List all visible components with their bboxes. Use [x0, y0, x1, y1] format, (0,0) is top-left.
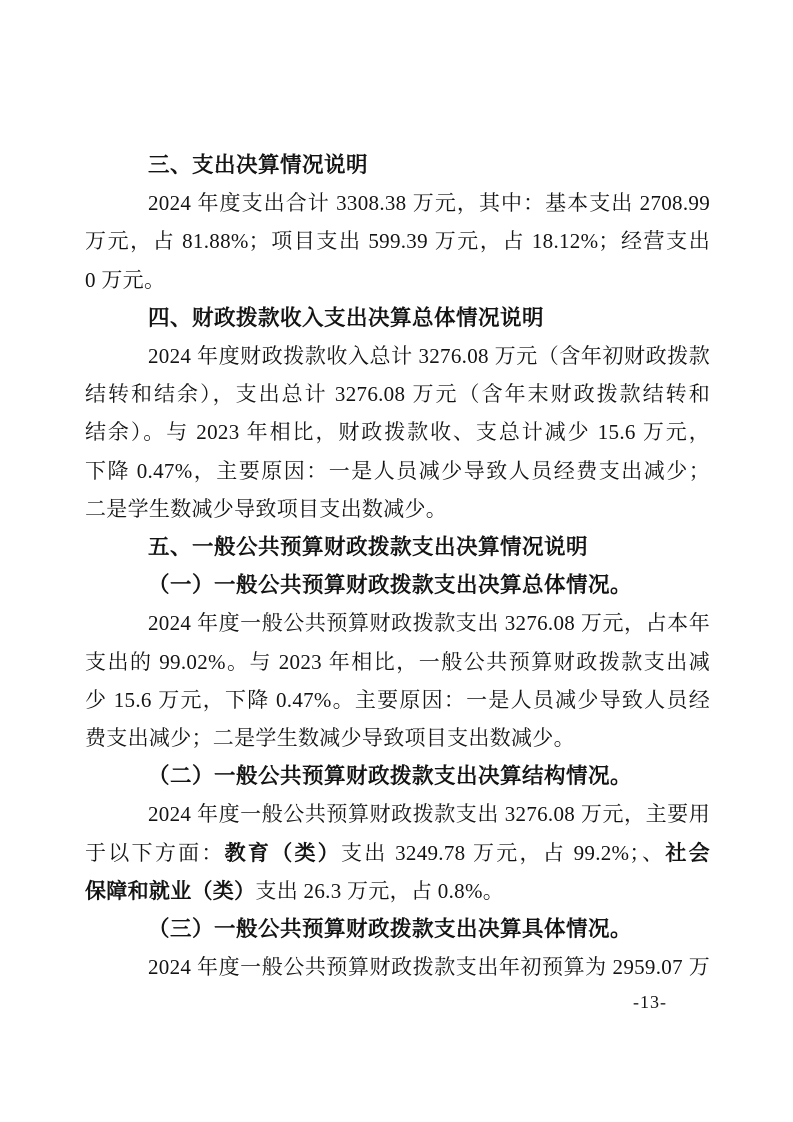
paragraph: 2024 年度财政拨款收入总计 3276.08 万元（含年初财政拨款结转和结余）… [85, 337, 710, 528]
subsection-heading: （三）一般公共预算财政拨款支出决算具体情况。 [85, 910, 710, 948]
text-run: 2024 年度一般公共预算财政拨款支出 3276.08 万元，主要用 [148, 802, 710, 826]
paragraph: 2024 年度一般公共预算财政拨款支出 3276.08 万元，占本年支出的 99… [85, 604, 710, 757]
text-run: 2024 年度支出合计 3308.38 万元，其中：基本支出 2708.99 [148, 191, 710, 215]
document-line: 2024 年度一般公共预算财政拨款支出 3276.08 万元，占本年 [85, 604, 710, 642]
text-run: 下降 0.47%，主要原因：一是人员减少导致人员经费支出减少； [85, 459, 710, 483]
paragraph: 2024 年度支出合计 3308.38 万元，其中：基本支出 2708.99万元… [85, 184, 710, 299]
paragraph: 2024 年度一般公共预算财政拨款支出年初预算为 2959.07 万 [85, 948, 710, 986]
text-run: 结转和结余），支出总计 3276.08 万元（含年末财政拨款结转和 [85, 382, 710, 406]
document-line: 2024 年度一般公共预算财政拨款支出 3276.08 万元，主要用 [85, 795, 710, 833]
document-line: 2024 年度支出合计 3308.38 万元，其中：基本支出 2708.99 [85, 184, 710, 222]
document-line: 少 15.6 万元，下降 0.47%。主要原因：一是人员减少导致人员经 [85, 681, 710, 719]
text-run: 2024 年度财政拨款收入总计 3276.08 万元（含年初财政拨款 [148, 344, 710, 368]
text-run: 2024 年度一般公共预算财政拨款支出 3276.08 万元，占本年 [148, 611, 710, 635]
section-heading: 四、财政拨款收入支出决算总体情况说明 [85, 299, 710, 337]
document-line: 于以下方面：教育（类）支出 3249.78 万元，占 99.2%；、社会 [85, 834, 710, 872]
document-line: 万元，占 81.88%；项目支出 599.39 万元，占 18.12%；经营支出 [85, 222, 710, 260]
document-line: 结余）。与 2023 年相比，财政拨款收、支总计减少 15.6 万元， [85, 413, 710, 451]
document-line: 下降 0.47%，主要原因：一是人员减少导致人员经费支出减少； [85, 452, 710, 490]
text-run: 支出 3249.78 万元，占 99.2%；、 [341, 841, 665, 865]
text-run: 结余）。与 2023 年相比，财政拨款收、支总计减少 15.6 万元， [85, 420, 710, 444]
emphasis-text: 保障和就业（类） [85, 879, 255, 903]
section-heading: 五、一般公共预算财政拨款支出决算情况说明 [85, 528, 710, 566]
document-line: 0 万元。 [85, 261, 710, 299]
section-heading: 三、支出决算情况说明 [85, 146, 710, 184]
text-run: 万元，占 81.88%；项目支出 599.39 万元，占 18.12%；经营支出 [85, 229, 710, 253]
subsection-heading: （一）一般公共预算财政拨款支出决算总体情况。 [85, 566, 710, 604]
document-line: 二是学生数减少导致项目支出数减少。 [85, 490, 710, 528]
text-run: 少 15.6 万元，下降 0.47%。主要原因：一是人员减少导致人员经 [85, 688, 710, 712]
text-run: 2024 年度一般公共预算财政拨款支出年初预算为 2959.07 万 [148, 955, 710, 979]
text-run: 支出的 99.02%。与 2023 年相比，一般公共预算财政拨款支出减 [85, 650, 710, 674]
document-line: 结转和结余），支出总计 3276.08 万元（含年末财政拨款结转和 [85, 375, 710, 413]
document-line: 支出的 99.02%。与 2023 年相比，一般公共预算财政拨款支出减 [85, 643, 710, 681]
document-page: 三、支出决算情况说明2024 年度支出合计 3308.38 万元，其中：基本支出… [0, 0, 793, 1122]
page-number: -13- [633, 990, 667, 1014]
text-run: 于以下方面： [85, 841, 225, 865]
document-line: 保障和就业（类）支出 26.3 万元，占 0.8%。 [85, 872, 710, 910]
text-run: 支出 26.3 万元，占 0.8%。 [255, 879, 504, 903]
emphasis-text: 教育（类） [225, 841, 341, 865]
text-run: 0 万元。 [85, 268, 165, 292]
document-line: 费支出减少；二是学生数减少导致项目支出数减少。 [85, 719, 710, 757]
emphasis-text: 社会 [665, 841, 710, 865]
paragraph: 2024 年度一般公共预算财政拨款支出 3276.08 万元，主要用于以下方面：… [85, 795, 710, 910]
document-line: 2024 年度财政拨款收入总计 3276.08 万元（含年初财政拨款 [85, 337, 710, 375]
document-line: 2024 年度一般公共预算财政拨款支出年初预算为 2959.07 万 [85, 948, 710, 986]
text-run: 二是学生数减少导致项目支出数减少。 [85, 497, 447, 521]
subsection-heading: （二）一般公共预算财政拨款支出决算结构情况。 [85, 757, 710, 795]
document-body: 三、支出决算情况说明2024 年度支出合计 3308.38 万元，其中：基本支出… [85, 146, 710, 986]
text-run: 费支出减少；二是学生数减少导致项目支出数减少。 [85, 726, 575, 750]
